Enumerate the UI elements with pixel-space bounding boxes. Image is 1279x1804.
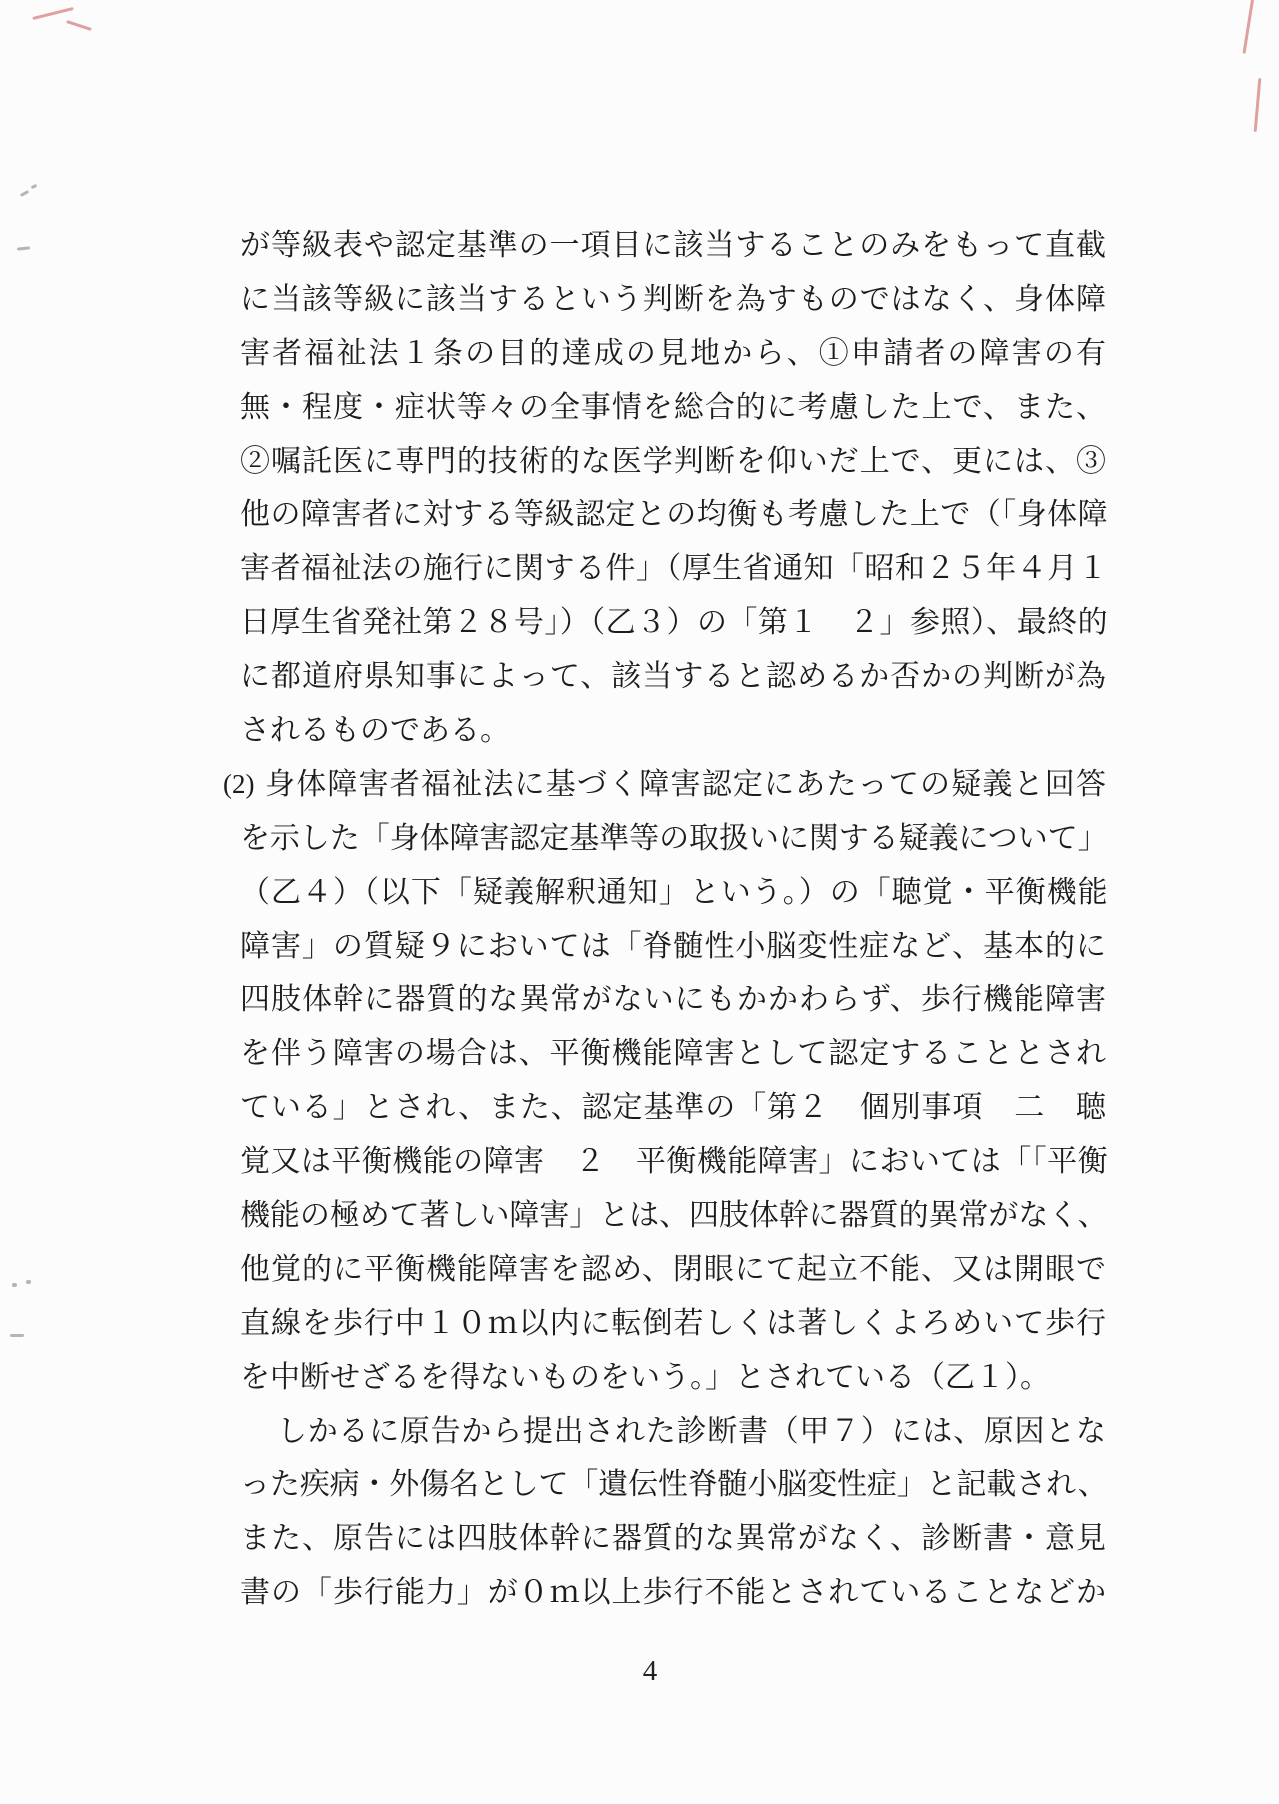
text-line: 他覚的に平衡機能障害を認め、閉眼にて起立不能、又は開眼で	[240, 1243, 1106, 1297]
text-line: に都道府県知事によって、該当すると認めるか否かの判断が為	[240, 650, 1106, 704]
text-line: 覚又は平衡機能の障害 ２ 平衡機能障害」においては「「平衡	[240, 1135, 1106, 1189]
pencil-mark-left-margin-upper	[31, 184, 38, 189]
text-line: 直線を歩行中１０ｍ以内に転倒若しくは著しくよろめいて歩行	[240, 1297, 1106, 1351]
text-line: 四肢体幹に器質的な異常がないにもかかわらず、歩行機能障害	[240, 973, 1106, 1027]
text-line: を中断せざるを得ないものをいう。」とされている（乙１）。	[240, 1351, 1106, 1405]
red-ink-mark-top-left	[66, 20, 92, 31]
text-line: 害者福祉法の施行に関する件」（厚生省通知「昭和２５年４月１	[240, 542, 1106, 596]
text-line: を示した「身体障害認定基準等の取扱いに関する疑義について」	[240, 812, 1106, 866]
text-line: しかるに原告から提出された診断書（甲７）には、原因とな	[240, 1405, 1106, 1459]
text-line: 害者福祉法１条の目的達成の見地から、①申請者の障害の有	[240, 327, 1106, 381]
item-number-marker: (2)	[223, 758, 254, 812]
scanned-document-page: が等級表や認定基準の一項目に該当することのみをもって直截 に当該等級に該当すると…	[0, 0, 1279, 1804]
text-line: 機能の極めて著しい障害」とは、四肢体幹に器質的異常がなく、	[240, 1189, 1106, 1243]
text-line: ている」とされ、また、認定基準の「第２ 個別事項 二 聴	[240, 1081, 1106, 1135]
text-line: 無・程度・症状等々の全事情を総合的に考慮した上で、また、	[240, 381, 1106, 435]
text-line: ②嘱託医に専門的技術的な医学判断を仰いだ上で、更には、③	[240, 435, 1106, 489]
page-number: 4	[550, 1655, 750, 1688]
text-line: 書の「歩行能力」が０ｍ以上歩行不能とされていることなどか	[240, 1566, 1106, 1620]
text-line: 障害」の質疑９においては「脊髄性小脳変性症など、基本的に	[240, 920, 1106, 974]
text-line: （乙４）（以下「疑義解釈通知」という。）の「聴覚・平衡機能	[240, 866, 1106, 920]
pencil-mark-left-margin-lower	[26, 1280, 31, 1284]
red-ink-mark-top-right	[1242, 0, 1254, 54]
numbered-item-line: (2)身体障害者福祉法に基づく障害認定にあたっての疑義と回答	[240, 758, 1106, 812]
pencil-mark-left-margin-upper	[20, 190, 29, 197]
text-line: 身体障害者福祉法に基づく障害認定にあたっての疑義と回答	[265, 768, 1106, 801]
text-line: が等級表や認定基準の一項目に該当することのみをもって直截	[240, 219, 1106, 273]
text-line: 他の障害者に対する等級認定との均衡も考慮した上で（「身体障	[240, 488, 1106, 542]
text-line: を伴う障害の場合は、平衡機能障害として認定することとされ	[240, 1027, 1106, 1081]
text-line: った疾病・外傷名として「遺伝性脊髄小脳変性症」と記載され、	[240, 1458, 1106, 1512]
document-body: が等級表や認定基準の一項目に該当することのみをもって直截 に当該等級に該当すると…	[240, 219, 1106, 1620]
text-line: また、原告には四肢体幹に器質的な異常がなく、診断書・意見	[240, 1512, 1106, 1566]
text-line: に当該等級に該当するという判断を為すものではなく、身体障	[240, 273, 1106, 327]
text-line: 日厚生省発社第２８号」）（乙３）の「第１ ２」参照）、最終的	[240, 596, 1106, 650]
pencil-mark-left-margin-lower	[12, 1283, 17, 1287]
text-line: されるものである。	[240, 704, 1106, 758]
red-ink-mark-top-left	[32, 7, 73, 20]
pencil-mark-left-margin-upper	[17, 246, 30, 250]
red-ink-mark-top-right	[1254, 78, 1262, 132]
pencil-mark-left-margin-lower	[10, 1334, 24, 1337]
